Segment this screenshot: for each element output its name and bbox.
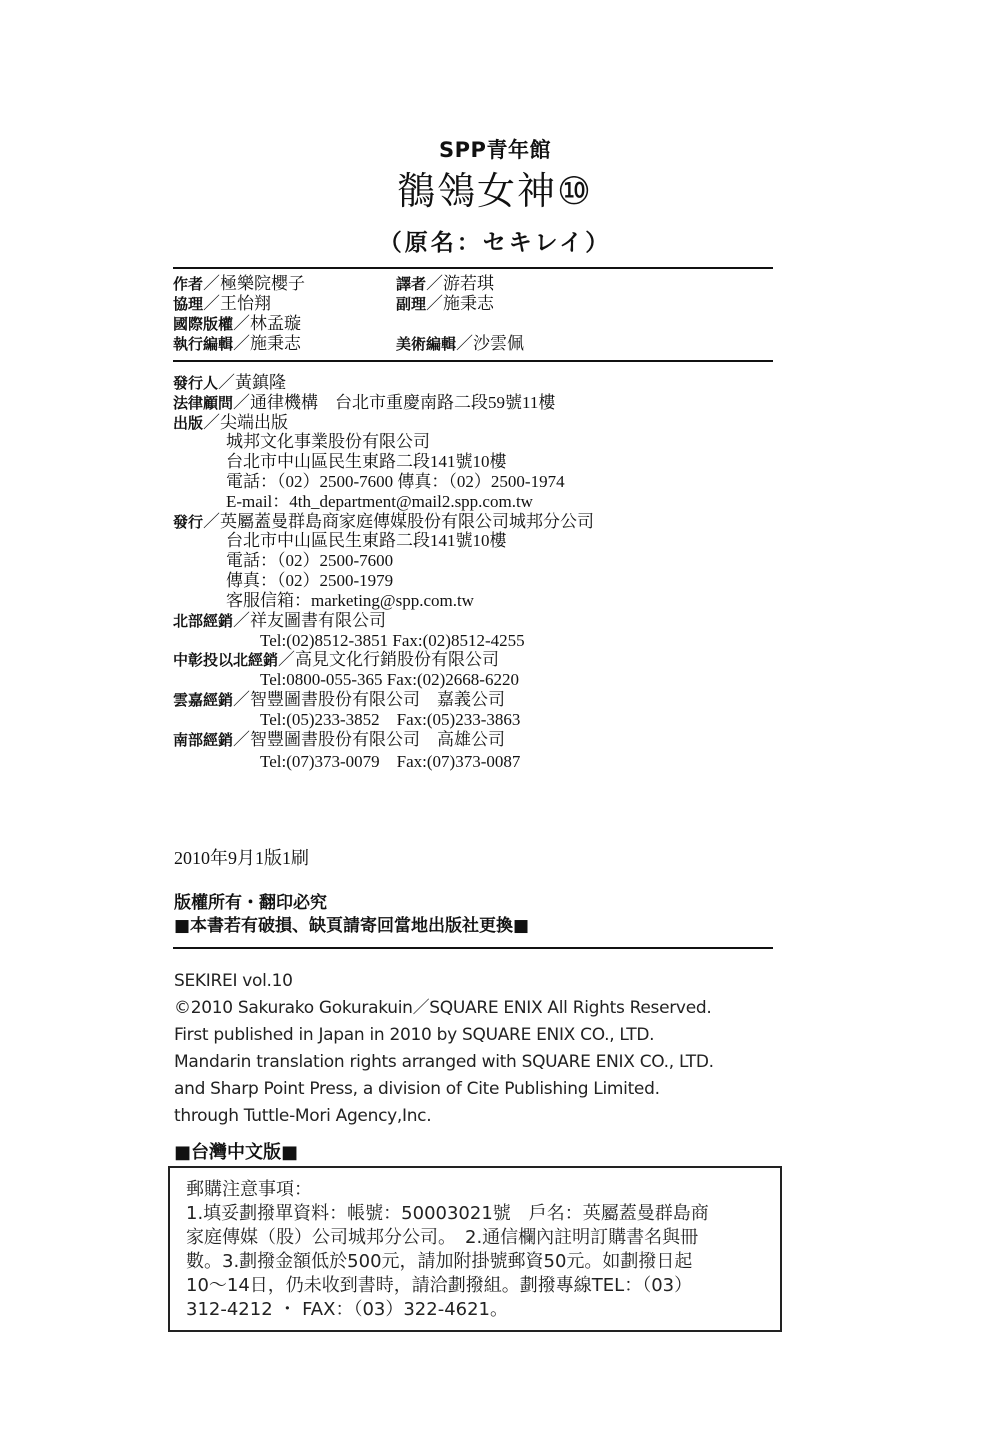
publish-address: 台北市中山區民生東路二段141號10樓	[226, 452, 507, 472]
publish-phone: 電話：（02）2500-7600 傳真：（02）2500-1974	[226, 472, 565, 492]
distribution-phone: 電話：（02）2500-7600	[226, 551, 393, 571]
mail-order-line: 數。3.劃撥金額低於500元，請加附掛號郵資50元。如劃撥日起	[186, 1250, 776, 1274]
dealer-yunchia: 雲嘉經銷／智豐圖書股份有限公司 嘉義公司	[173, 690, 505, 710]
distribution-email: 客服信箱：marketing@spp.com.tw	[226, 591, 474, 611]
english-agency: through Tuttle-Mori Agency,Inc.	[174, 1103, 431, 1130]
credit-value: 沙雲佩	[473, 334, 524, 353]
credit-label: 譯者	[396, 275, 426, 293]
dealer-north-contact: Tel:(02)8512-3851 Fax:(02)8512-4255	[260, 631, 525, 651]
credit-label: 作者	[173, 275, 203, 293]
credit-value: 游若琪	[443, 274, 494, 293]
dealer-yunchia-contact: Tel:(05)233-3852 Fax:(05)233-3863	[260, 710, 520, 730]
distribution-address: 台北市中山區民生東路二段141號10樓	[226, 531, 507, 551]
original-title: （原名：セキレイ）	[0, 224, 990, 257]
credit-translator: 譯者／游若琪	[396, 274, 494, 295]
credit-value: 王怡翔	[220, 294, 271, 313]
taiwan-edition-label: ■台灣中文版■	[174, 1143, 298, 1163]
divider-credits	[173, 360, 773, 362]
dealer-central: 中彰投以北經銷／高見文化行銷股份有限公司	[173, 650, 499, 670]
distribution-fax: 傳真：（02）2500-1979	[226, 571, 393, 591]
replacement-notice: ■本書若有破損、缺頁請寄回當地出版社更換■	[174, 916, 529, 936]
credit-value: 極樂院櫻子	[220, 274, 305, 293]
dealer-south: 南部經銷／智豐圖書股份有限公司 高雄公司	[173, 730, 505, 750]
book-title: 鶺鴒女神⑩	[0, 160, 990, 215]
credit-label: 副理	[396, 295, 426, 313]
edition-info: 2010年9月1版1刷	[174, 848, 309, 868]
credit-author: 作者／極樂院櫻子	[173, 274, 305, 295]
english-copyright: ©2010 Sakurako Gokurakuin／SQUARE ENIX Al…	[174, 995, 711, 1022]
mail-order-line: 10～14日，仍未收到書時，請洽劃撥組。劃撥專線TEL：（03）	[186, 1274, 776, 1298]
credit-art-editor: 美術編輯／沙雲佩	[396, 334, 524, 355]
legal-line: 法律顧問／通律機構 台北市重慶南路二段59號11樓	[173, 393, 555, 413]
rights-notice: 版權所有・翻印必究	[174, 893, 327, 913]
credit-value: 施秉志	[250, 334, 301, 353]
divider-rights	[173, 947, 773, 949]
credit-label: 協理	[173, 295, 203, 313]
english-translation-rights: Mandarin translation rights arranged wit…	[174, 1049, 714, 1076]
issuer-line: 發行人／黃鎮隆	[173, 373, 286, 393]
english-first-published: First published in Japan in 2010 by SQUA…	[174, 1022, 654, 1049]
dealer-south-contact: Tel:(07)373-0079 Fax:(07)373-0087	[260, 752, 520, 772]
credit-executive-editor: 執行編輯／施秉志	[173, 334, 301, 355]
dealer-central-contact: Tel:0800-055-365 Fax:(02)2668-6220	[260, 670, 519, 690]
publish-line: 出版／尖端出版	[173, 413, 288, 433]
credit-label: 執行編輯	[173, 335, 233, 353]
publish-email: E-mail：4th_department@mail2.spp.com.tw	[226, 492, 533, 512]
publish-company: 城邦文化事業股份有限公司	[226, 432, 430, 452]
credit-label: 美術編輯	[396, 335, 456, 353]
english-title: SEKIREI vol.10	[174, 968, 293, 995]
mail-order-line: 312-4212 ・ FAX：（03）322-4621。	[186, 1298, 776, 1322]
credit-assistant-manager: 協理／王怡翔	[173, 294, 271, 315]
credit-international-rights: 國際版權／林孟璇	[173, 314, 301, 335]
credit-label: 國際版權	[173, 315, 233, 333]
credit-value: 林孟璇	[250, 314, 301, 333]
english-publisher: and Sharp Point Press, a division of Cit…	[174, 1076, 660, 1103]
mail-order-line: 1.填妥劃撥單資料：帳號：50003021號 戶名：英屬蓋曼群島商	[186, 1202, 776, 1226]
distribution-line: 發行／英屬蓋曼群島商家庭傳媒股份有限公司城邦分公司	[173, 512, 594, 532]
credit-deputy-manager: 副理／施秉志	[396, 294, 494, 315]
mail-order-line: 家庭傳媒（股）公司城邦分公司。 2.通信欄內註明訂購書名與冊	[186, 1226, 776, 1250]
dealer-north: 北部經銷／祥友圖書有限公司	[173, 611, 386, 631]
colophon-page: SPP青年館 鶺鴒女神⑩ （原名：セキレイ） 作者／極樂院櫻子 譯者／游若琪 協…	[0, 0, 990, 1440]
mail-order-text: 郵購注意事項： 1.填妥劃撥單資料：帳號：50003021號 戶名：英屬蓋曼群島…	[186, 1178, 776, 1322]
credit-value: 施秉志	[443, 294, 494, 313]
mail-order-title: 郵購注意事項：	[186, 1178, 776, 1202]
divider-top	[173, 267, 773, 269]
